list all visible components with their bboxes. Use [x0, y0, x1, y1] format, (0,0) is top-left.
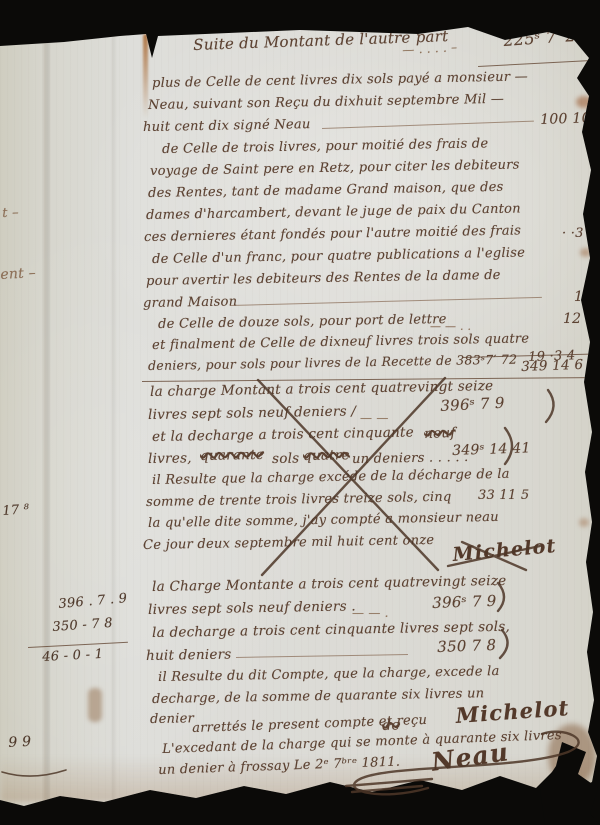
amount: 396ˢ 7 9: [432, 594, 497, 611]
manuscript-line: la charge Montant a trois cent quatrevin…: [150, 380, 493, 399]
bottom-edge-browning: [0, 756, 600, 802]
carried-forward-label: Suite du Montant de l'autre part: [193, 29, 449, 53]
margin-calc-difference: 46 - 0 - 1: [42, 648, 104, 664]
amount-underline: [478, 60, 590, 67]
manuscript-line: des Rentes, tant de madame Grand maison,…: [148, 181, 504, 200]
margin-sum-rule: [28, 642, 128, 648]
manuscript-line: quarante: [200, 449, 264, 464]
amount: 349ˢ 14 41: [452, 441, 531, 458]
manuscript-line: la Charge Montante a trois cent quatrevi…: [152, 575, 506, 595]
manuscript-paper: Suite du Montant de l'autre part— . . . …: [0, 0, 600, 825]
leader-dots: — — .: [352, 607, 389, 619]
manuscript-line: voyage de Saint pere en Retz, pour citer…: [150, 159, 520, 178]
manuscript-line: pour avertir les debiteurs des Rentes de…: [146, 269, 501, 288]
manuscript-line: et finalment de Celle de dixneuf livres …: [152, 332, 529, 352]
edge-stain: [580, 248, 591, 257]
manuscript-line: L'excedant de la charge qui se monte à q…: [162, 729, 562, 756]
section-rule: [142, 377, 598, 382]
facing-page-fragment: ent –: [0, 266, 36, 282]
amount: 1: [574, 290, 583, 304]
manuscript-line: somme de trente trois livres treize sols…: [146, 491, 452, 509]
manuscript-line: la decharge a trois cent cinquante livre…: [152, 621, 510, 641]
edge-stain: [576, 96, 592, 108]
manuscript-line: livres sept sols neuf deniers .: [148, 600, 356, 617]
amount: 396ˢ 7 9: [440, 396, 505, 414]
margin-calc-decharge: 350 - 7 8: [52, 617, 113, 634]
manuscript-line: arrettés le present compte et reçu: [192, 714, 427, 735]
photo-background: Suite du Montant de l'autre part— . . . …: [0, 0, 600, 825]
manuscript-line: plus de Celle de cent livres dix sols pa…: [152, 70, 528, 90]
leader-line: [322, 121, 534, 129]
spine-stain: [88, 688, 102, 722]
subtotal-rule: [462, 353, 598, 358]
manuscript-line: ces dernieres étant fondés pour l'autre …: [144, 224, 521, 244]
manuscript-line: neuf: [424, 427, 456, 442]
manuscript-line: huit cent dix signé Neau: [143, 118, 311, 134]
manuscript-line: huit deniers: [146, 649, 232, 664]
page-gutter-crease: [110, 34, 117, 807]
manuscript-line: deniers, pour sols pour livres de la Rec…: [148, 354, 517, 373]
manuscript-line: Neau, suivant son Reçu du dixhuit septem…: [148, 93, 504, 112]
manuscript-line: decharge, de la somme de quarante six li…: [152, 687, 484, 706]
carried-forward-amount: 225ˢ 7′ 2: [503, 28, 576, 49]
leader-line: [236, 654, 408, 658]
leader-dots: — —: [360, 412, 389, 424]
facing-page-fragment: 9 9: [8, 735, 32, 750]
tear-stain: [143, 34, 148, 118]
leader-dots: — . . . . –: [402, 41, 458, 56]
manuscript-line: et la decharge a trois cent cinquante: [152, 426, 414, 444]
manuscript-line: livres,: [148, 452, 192, 466]
margin-calc-charge: 396 . 7 . 9: [58, 592, 128, 611]
leader-line: [230, 297, 542, 306]
amount: 33 11 5: [478, 489, 529, 502]
amount: · ·3: [562, 227, 584, 240]
manuscript-line: un deniers . . . . .: [352, 451, 469, 466]
signature-michelot: Michelot: [455, 697, 570, 726]
manuscript-line: il Resulte du dit Compte, que la charge,…: [158, 665, 500, 684]
facing-page-fragment: 17 ⁸: [2, 503, 30, 518]
leader-dots: — — . .: [430, 321, 471, 332]
signature-neau: Neau: [430, 739, 511, 775]
amount: 19 ·3 4: [528, 349, 576, 364]
subtotal-amount: 349 14 6: [521, 359, 584, 375]
manuscript-line: un denier à frossay Le 2ᵉ 7ᵇʳᵉ 1811.: [158, 756, 400, 777]
edge-stain: [579, 518, 589, 527]
manuscript-line: de: [382, 718, 400, 733]
manuscript-line: grand Maison: [143, 295, 237, 310]
fold-crease: [42, 34, 51, 807]
manuscript-line: sols: [272, 453, 300, 467]
manuscript-line: Ce jour deux septembre mil huit cent onz…: [143, 534, 434, 552]
manuscript-line: la qu'elle dite somme, j'ay compté a mon…: [148, 511, 499, 530]
manuscript-line: de Celle d'un franc, pour quatre publica…: [152, 246, 525, 266]
manuscript-line: il Resulte que la charge excéde de la dé…: [152, 468, 510, 487]
manuscript-line: denier: [150, 712, 194, 726]
facing-page-fragment: t –: [2, 206, 19, 220]
manuscript-line: de Celle de trois livres, pour moitié de…: [162, 137, 488, 156]
manuscript-line: dames d'harcambert, devant le juge de pa…: [146, 202, 521, 222]
manuscript-line: de Celle de douze sols, pour port de let…: [158, 313, 447, 331]
signature-michelot-cancelled: Michelot: [452, 537, 557, 565]
manuscript-line: quatre: [303, 449, 350, 463]
amount: 12: [563, 312, 581, 326]
amount: 350 7 8: [437, 638, 497, 655]
manuscript-line: livres sept sols neuf deniers /: [148, 405, 356, 422]
amount: 100 10: [540, 111, 591, 127]
corner-stain: [548, 724, 596, 786]
